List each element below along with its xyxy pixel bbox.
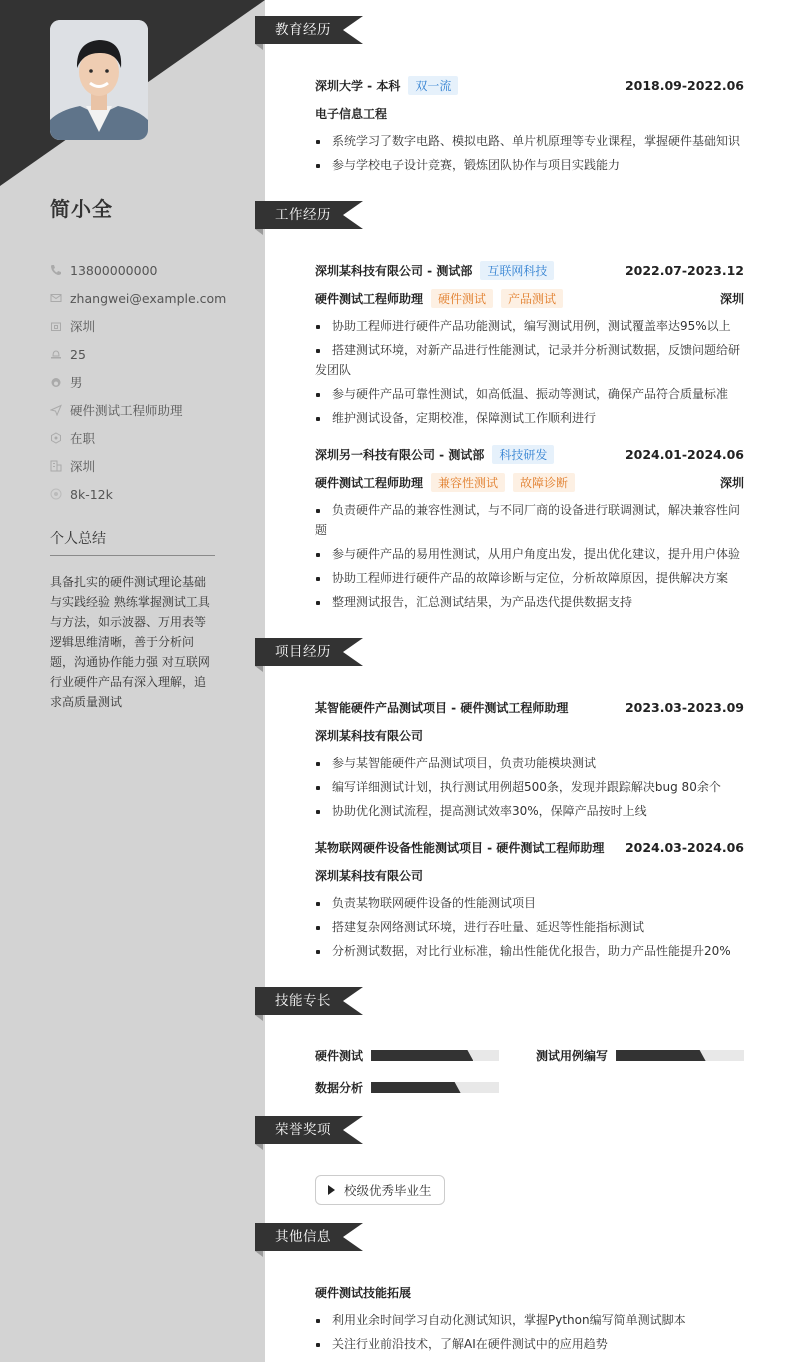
list-item: 协助工程师进行硬件产品的故障诊断与定位，分析故障原因，提供解决方案 xyxy=(315,566,744,590)
list-item: 维护测试设备，定期校准，保障测试工作顺利进行 xyxy=(315,406,744,430)
industry-tag: 科技研发 xyxy=(492,445,554,464)
project-company: 深圳某科技有限公司 xyxy=(315,867,423,884)
section-header-skills: 技能专长 xyxy=(255,987,363,1015)
education-entry: 深圳大学 - 本科 双一流 2018.09-2022.06 电子信息工程 系统学… xyxy=(315,71,744,177)
skill-name: 数据分析 xyxy=(315,1079,363,1096)
skill-bar xyxy=(371,1082,499,1093)
project-company: 深圳某科技有限公司 xyxy=(315,727,423,744)
info-target-job: 硬件测试工程师助理 xyxy=(50,396,250,424)
info-age: 25 xyxy=(50,340,250,368)
skill-item: 硬件测试 xyxy=(315,1047,499,1064)
info-phone: 13800000000 xyxy=(50,256,250,284)
list-item: 负责硬件产品的兼容性测试，与不同厂商的设备进行联调测试，解决兼容性问题 xyxy=(315,498,744,542)
send-icon xyxy=(50,404,62,416)
work-city: 深圳 xyxy=(720,290,744,307)
avatar-photo xyxy=(50,20,148,140)
list-item: 系统学习了数字电路、模拟电路、单片机原理等专业课程，掌握硬件基础知识 xyxy=(315,129,744,153)
work-date: 2024.01-2024.06 xyxy=(625,447,744,462)
summary-divider xyxy=(50,555,215,556)
status-icon xyxy=(50,432,62,444)
list-item: 负责某物联网硬件设备的性能测试项目 xyxy=(315,891,744,915)
list-item: 参与硬件产品可靠性测试，如高低温、振动等测试，确保产品符合质量标准 xyxy=(315,382,744,406)
home-icon xyxy=(50,320,62,332)
education-date: 2018.09-2022.06 xyxy=(625,78,744,93)
summary-text: 具备扎实的硬件测试理论基础与实践经验 熟练掌握测试工具与方法，如示波器、万用表等… xyxy=(50,572,215,712)
list-item: 参与硬件产品的易用性测试，从用户角度出发，提出优化建议，提升用户体验 xyxy=(315,542,744,566)
award-label: 校级优秀毕业生 xyxy=(344,1181,432,1199)
skill-tag: 兼容性测试 xyxy=(431,473,505,492)
school-tag: 双一流 xyxy=(408,76,458,95)
other-title: 硬件测试技能拓展 xyxy=(315,1284,411,1301)
play-triangle-icon xyxy=(328,1185,335,1195)
company-name: 深圳某科技有限公司 - 测试部 xyxy=(315,262,472,279)
list-item: 协助工程师进行硬件产品功能测试，编写测试用例，测试覆盖率达95%以上 xyxy=(315,314,744,338)
list-item: 整理测试报告，汇总测试结果，为产品迭代提供数据支持 xyxy=(315,590,744,614)
phone-icon xyxy=(50,264,62,276)
section-header-education: 教育经历 xyxy=(255,16,363,44)
industry-tag: 互联网科技 xyxy=(480,261,554,280)
work-date: 2022.07-2023.12 xyxy=(625,263,744,278)
company-name: 深圳另一科技有限公司 - 测试部 xyxy=(315,446,484,463)
summary-title: 个人总结 xyxy=(50,528,106,548)
building-icon xyxy=(50,460,62,472)
skill-bar xyxy=(616,1050,744,1061)
info-location: 深圳 xyxy=(50,312,250,340)
info-gender: 男 xyxy=(50,368,250,396)
cake-icon xyxy=(50,348,62,360)
project-title: 某智能硬件产品测试项目 - 硬件测试工程师助理 xyxy=(315,699,568,716)
skill-tag: 硬件测试 xyxy=(431,289,493,308)
main-content: 教育经历 深圳大学 - 本科 双一流 2018.09-2022.06 电子信息工… xyxy=(265,0,794,1362)
job-role: 硬件测试工程师助理 xyxy=(315,290,423,307)
other-entry: 硬件测试技能拓展 利用业余时间学习自动化测试知识，掌握Python编写简单测试脚… xyxy=(315,1278,744,1356)
project-title: 某物联网硬件设备性能测试项目 - 硬件测试工程师助理 xyxy=(315,839,604,856)
list-item: 关注行业前沿技术，了解AI在硬件测试中的应用趋势 xyxy=(315,1332,744,1356)
work-city: 深圳 xyxy=(720,474,744,491)
school-name: 深圳大学 - 本科 xyxy=(315,77,400,94)
major: 电子信息工程 xyxy=(315,105,387,122)
project-date: 2023.03-2023.09 xyxy=(625,700,744,715)
section-header-projects: 项目经历 xyxy=(255,638,363,666)
info-salary: 8k-12k xyxy=(50,480,250,508)
list-item: 搭建测试环境，对新产品进行性能测试，记录并分析测试数据，反馈问题给研发团队 xyxy=(315,338,744,382)
job-role: 硬件测试工程师助理 xyxy=(315,474,423,491)
skill-bar xyxy=(371,1050,499,1061)
skill-item: 测试用例编写 xyxy=(536,1047,744,1064)
info-email: zhangwei@example.com xyxy=(50,284,250,312)
contact-info-list: 13800000000 zhangwei@example.com 深圳 25 男… xyxy=(50,256,250,508)
work-entry: 深圳某科技有限公司 - 测试部 互联网科技 2022.07-2023.12 硬件… xyxy=(315,256,744,430)
list-item: 参与学校电子设计竞赛，锻炼团队协作与项目实践能力 xyxy=(315,153,744,177)
skill-tag: 故障诊断 xyxy=(513,473,575,492)
work-entry: 深圳另一科技有限公司 - 测试部 科技研发 2024.01-2024.06 硬件… xyxy=(315,440,744,614)
list-item: 编写详细测试计划，执行测试用例超500条，发现并跟踪解决bug 80余个 xyxy=(315,775,744,799)
sidebar: 简小全 13800000000 zhangwei@example.com 深圳 … xyxy=(0,0,265,1362)
skill-name: 测试用例编写 xyxy=(536,1047,608,1064)
section-header-awards: 荣誉奖项 xyxy=(255,1116,363,1144)
skill-name: 硬件测试 xyxy=(315,1047,363,1064)
skill-bar-fill xyxy=(371,1050,473,1061)
section-header-other: 其他信息 xyxy=(255,1223,363,1251)
list-item: 利用业余时间学习自动化测试知识，掌握Python编写简单测试脚本 xyxy=(315,1308,744,1332)
section-header-work: 工作经历 xyxy=(255,201,363,229)
project-entry: 某智能硬件产品测试项目 - 硬件测试工程师助理 2023.03-2023.09 … xyxy=(315,693,744,823)
award-badge: 校级优秀毕业生 xyxy=(315,1175,445,1205)
project-entry: 某物联网硬件设备性能测试项目 - 硬件测试工程师助理 2024.03-2024.… xyxy=(315,833,744,963)
info-status: 在职 xyxy=(50,424,250,452)
list-item: 分析测试数据，对比行业标准，输出性能优化报告，助力产品性能提升20% xyxy=(315,939,744,963)
mail-icon xyxy=(50,292,62,304)
list-item: 参与某智能硬件产品测试项目，负责功能模块测试 xyxy=(315,751,744,775)
candidate-name: 简小全 xyxy=(50,193,113,222)
info-city: 深圳 xyxy=(50,452,250,480)
project-date: 2024.03-2024.06 xyxy=(625,840,744,855)
skill-tag: 产品测试 xyxy=(501,289,563,308)
avatar xyxy=(50,20,148,140)
salary-icon xyxy=(50,488,62,500)
list-item: 协助优化测试流程，提高测试效率30%，保障产品按时上线 xyxy=(315,799,744,823)
gender-icon xyxy=(50,376,62,388)
skill-bar-fill xyxy=(616,1050,706,1061)
list-item: 搭建复杂网络测试环境，进行吞吐量、延迟等性能指标测试 xyxy=(315,915,744,939)
skill-item: 数据分析 xyxy=(315,1079,499,1096)
skill-bar-fill xyxy=(371,1082,461,1093)
